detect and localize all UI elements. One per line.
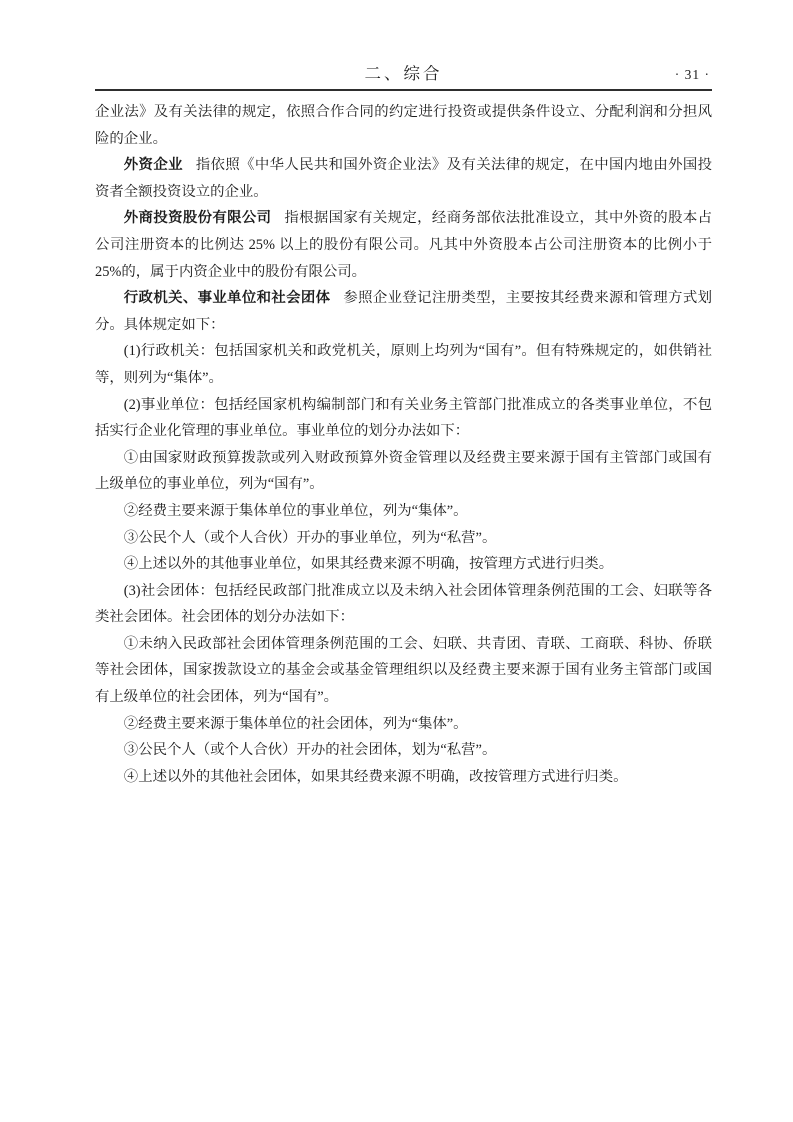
paragraph-text: ②经费主要来源于集体单位的社会团体，列为“集体”。 [124,716,468,732]
page-body: 企业法》及有关法律的规定，依照合作合同的约定进行投资或提供条件设立、分配利润和分… [95,99,712,790]
item-institutions-other: ④上述以外的其他事业单位，如果其经费来源不明确，按管理方式进行归类。 [95,551,712,578]
term: 外资企业 [124,157,183,173]
paragraph-text: (2)事业单位：包括经国家机构编制部门和有关业务主管部门批准成立的各类事业单位，… [95,397,712,440]
item-social-state-owned: ①未纳入民政部社会团体管理条例范围的工会、妇联、共青团、青联、工商联、科协、侨联… [95,631,712,711]
item-institutions-state-owned: ①由国家财政预算拨款或列入财政预算外资金管理以及经费主要来源于国有主管部门或国有… [95,445,712,498]
item-admin-organs: (1)行政机关：包括国家机关和政党机关，原则上均列为“国有”。但有特殊规定的，如… [95,338,712,391]
item-institutions: (2)事业单位：包括经国家机构编制部门和有关业务主管部门批准成立的各类事业单位，… [95,392,712,445]
page-number: · 31 · [675,67,710,83]
paragraph-text: ②经费主要来源于集体单位的事业单位，列为“集体”。 [124,503,468,519]
page-header: 二、综合 · 31 · [95,64,712,91]
term: 外商投资股份有限公司 [124,210,272,226]
item-institutions-collective: ②经费主要来源于集体单位的事业单位，列为“集体”。 [95,498,712,525]
paragraph-text: ③公民个人（或个人合伙）开办的社会团体，划为“私营”。 [124,742,497,758]
para-continued: 企业法》及有关法律的规定，依照合作合同的约定进行投资或提供条件设立、分配利润和分… [95,99,712,152]
paragraph-text: ①未纳入民政部社会团体管理条例范围的工会、妇联、共青团、青联、工商联、科协、侨联… [95,636,712,705]
def-admin-institutions-social-orgs: 行政机关、事业单位和社会团体参照企业登记注册类型，主要按其经费来源和管理方式划分… [95,285,712,338]
item-social-collective: ②经费主要来源于集体单位的社会团体，列为“集体”。 [95,711,712,738]
section-title: 二、综合 [365,64,443,84]
paragraph-text: ①由国家财政预算拨款或列入财政预算外资金管理以及经费主要来源于国有主管部门或国有… [95,450,712,493]
document-page: 二、综合 · 31 · 企业法》及有关法律的规定，依照合作合同的约定进行投资或提… [0,0,793,1122]
paragraph-text: (1)行政机关：包括国家机关和政党机关，原则上均列为“国有”。但有特殊规定的，如… [95,343,712,386]
paragraph-text: ④上述以外的其他事业单位，如果其经费来源不明确，按管理方式进行归类。 [124,556,613,572]
item-social-private: ③公民个人（或个人合伙）开办的社会团体，划为“私营”。 [95,737,712,764]
item-social-other: ④上述以外的其他社会团体，如果其经费来源不明确，改按管理方式进行归类。 [95,764,712,791]
paragraph-text: 企业法》及有关法律的规定，依照合作合同的约定进行投资或提供条件设立、分配利润和分… [95,104,712,147]
def-foreign-enterprise: 外资企业指依照《中华人民共和国外资企业法》及有关法律的规定，在中国内地由外国投资… [95,152,712,205]
item-institutions-private: ③公民个人（或个人合伙）开办的事业单位，列为“私营”。 [95,525,712,552]
item-social-organizations: (3)社会团体：包括经民政部门批准成立以及未纳入社会团体管理条例范围的工会、妇联… [95,578,712,631]
paragraph-text: 指依照《中华人民共和国外资企业法》及有关法律的规定，在中国内地由外国投资者全额投… [95,157,712,200]
term: 行政机关、事业单位和社会团体 [124,290,331,306]
paragraph-text: ④上述以外的其他社会团体，如果其经费来源不明确，改按管理方式进行归类。 [124,769,628,785]
def-foreign-invested-company: 外商投资股份有限公司指根据国家有关规定，经商务部依法批准设立，其中外资的股本占公… [95,205,712,285]
paragraph-text: ③公民个人（或个人合伙）开办的事业单位，列为“私营”。 [124,530,497,546]
paragraph-text: (3)社会团体：包括经民政部门批准成立以及未纳入社会团体管理条例范围的工会、妇联… [95,583,712,626]
